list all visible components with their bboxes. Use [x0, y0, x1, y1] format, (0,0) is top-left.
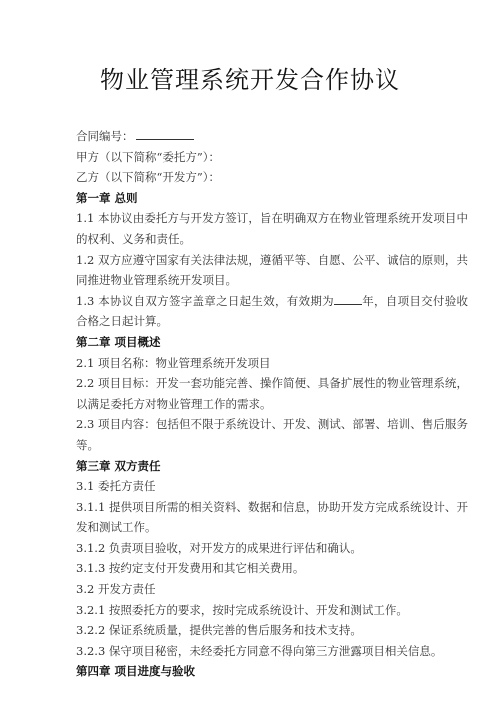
- party-b-field: 乙方（以下简称“开发方”）：: [76, 167, 468, 188]
- contract-number-label: 合同编号：: [76, 129, 134, 143]
- clause-3-2: 3.2 开发方责任: [76, 579, 468, 600]
- clause-3-1-1: 3.1.1 提供项目所需的相关资料、数据和信息，协助开发方完成系统设计、开发和测…: [76, 497, 468, 538]
- clause-1-3-before: 1.3 本协议自双方签字盖章之日起生效，有效期为: [76, 294, 334, 308]
- clause-3-2-2: 3.2.2 保证系统质量，提供完善的售后服务和技术支持。: [76, 620, 468, 641]
- contract-number-blank[interactable]: [136, 127, 194, 140]
- clause-1-1: 1.1 本协议由委托方与开发方签订，旨在明确双方在物业管理系统开发项目中的权利、…: [76, 208, 468, 249]
- clause-2-2: 2.2 项目目标：开发一套功能完善、操作简便、具备扩展性的物业管理系统，以满足委…: [76, 373, 468, 414]
- party-a-field: 甲方（以下简称“委托方”）：: [76, 147, 468, 168]
- clause-3-2-1: 3.2.1 按照委托方的要求，按时完成系统设计、开发和测试工作。: [76, 600, 468, 621]
- clause-1-2: 1.2 双方应遵守国家有关法律法规，遵循平等、自愿、公平、诚信的原则，共同推进物…: [76, 250, 468, 291]
- document-title: 物业管理系统开发合作协议: [0, 60, 500, 95]
- party-a-label: 甲方（以下简称“委托方”）：: [76, 150, 220, 164]
- document-page: 物业管理系统开发合作协议 合同编号： 甲方（以下简称“委托方”）： 乙方（以下简…: [0, 0, 500, 707]
- clause-1-3: 1.3 本协议自双方签字盖章之日起生效，有效期为年，自项目交付验收合格之日起计算…: [76, 291, 468, 332]
- party-b-label: 乙方（以下简称“开发方”）：: [76, 170, 220, 184]
- clause-3-1-3: 3.1.3 按约定支付开发费用和其它相关费用。: [76, 558, 468, 579]
- clause-3-1: 3.1 委托方责任: [76, 476, 468, 497]
- chapter-2-heading: 第二章 项目概述: [76, 332, 468, 353]
- clause-2-3: 2.3 项目内容：包括但不限于系统设计、开发、测试、部署、培训、售后服务等。: [76, 414, 468, 455]
- clause-3-2-3: 3.2.3 保守项目秘密，未经委托方同意不得向第三方泄露项目相关信息。: [76, 641, 468, 662]
- document-body: 合同编号： 甲方（以下简称“委托方”）： 乙方（以下简称“开发方”）： 第一章 …: [76, 126, 468, 682]
- chapter-4-heading: 第四章 项目进度与验收: [76, 661, 468, 682]
- clause-3-1-2: 3.1.2 负责项目验收，对开发方的成果进行评估和确认。: [76, 538, 468, 559]
- validity-years-blank[interactable]: [334, 292, 362, 305]
- chapter-1-heading: 第一章 总则: [76, 188, 468, 209]
- chapter-3-heading: 第三章 双方责任: [76, 456, 468, 477]
- contract-number-field: 合同编号：: [76, 126, 468, 147]
- clause-2-1: 2.1 项目名称：物业管理系统开发项目: [76, 353, 468, 374]
